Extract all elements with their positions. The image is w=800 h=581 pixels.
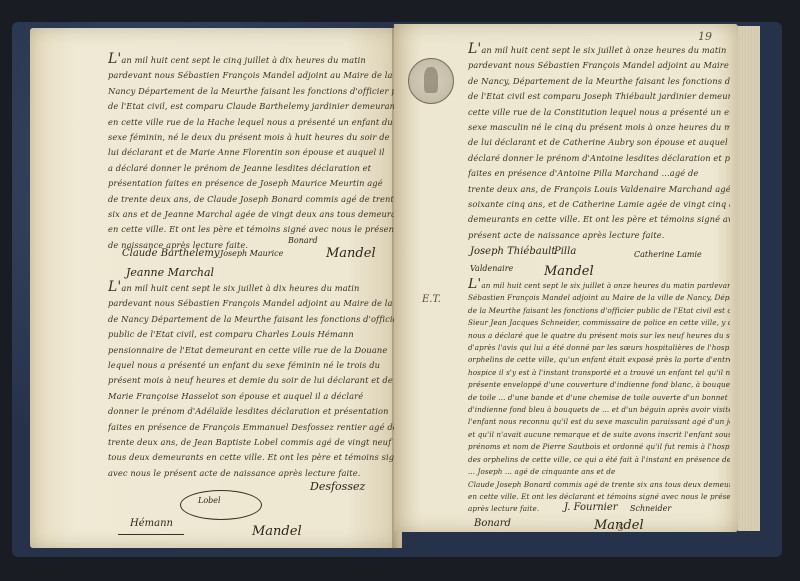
page-edges [738,26,760,531]
entry-line: de la Meurthe faisant les fonctions d'of… [468,305,730,317]
entry-line: et qu'il n'avait aucune remarque et de s… [468,429,730,441]
entry-line: Sébastien François Mandel adjoint au Mai… [468,292,730,304]
entry-line: trente deux ans, de Jean Baptiste Lobel … [108,435,398,450]
right-page: 19 L'an mil huit cent sept le six juille… [394,24,738,532]
entry-line: présent acte de naissance après lecture … [468,228,730,243]
entry-line: des orphelins de cette ville, ce qui a é… [468,454,730,466]
entry-line: nous a déclaré que le quatre du présent … [468,330,730,342]
entry-line: de toile ... d'une bande et d'une chemis… [468,392,730,404]
signature-father: Claude Barthelemy [122,248,219,259]
signature-underline [118,534,184,535]
entry-line: de l'Etat civil, est comparu Claude Bart… [108,99,398,114]
entry-line: pardevant nous Sébastien François Mandel… [468,58,730,73]
birth-entry-2: L'an mil huit cent sept le six juillet à… [108,280,398,481]
entry-line: faites en présence de François Emmanuel … [108,420,398,435]
entry-line: en cette ville. Et ont les père et témoi… [108,222,398,237]
signature-flourish-oval [180,490,262,520]
signature-witness: Catherine Lamie [634,250,702,259]
entry-line: a déclaré donner le prénom de Jeanne les… [108,161,398,176]
entry-line: Marie Françoise Hasselot son épouse et a… [108,389,398,404]
entry-line: de trente deux ans, de Claude Joseph Bon… [108,192,398,207]
entry-line: déclaré donner le prénom d'Antoine lesdi… [468,151,730,166]
entry-line: six ans et de Jeanne Marchal agée de vin… [108,207,398,222]
signature-father: Hémann [130,518,173,529]
signature-officer: Mandel [252,524,302,539]
signature-officer: Mandel [326,246,376,261]
entry-line: avec nous le présent acte de naissance a… [108,466,398,481]
entry-line: faites en présence d'Antoine Pilla March… [468,166,730,181]
signature-father: Joseph Thiébault [470,246,555,257]
entry-line: hospice il s'y est à l'instant transport… [468,367,730,379]
entry-line: Nancy Département de la Meurthe faisant … [108,84,398,99]
birth-entry-1: L'an mil huit cent sept le cinq juillet … [108,52,398,253]
entry-line: d'indienne fond bleu à bouquets de ... e… [468,404,730,416]
entry-line: l'enfant nous reconnu qu'il est du sexe … [468,416,730,428]
entry-line: de lui déclarant et de Catherine Aubry s… [468,135,730,150]
entry-line: Sieur Jean Jacques Schneider, commissair… [468,317,730,329]
signature-witness: Schneider [630,504,671,513]
entry-line: sexe masculin né le cinq du présent mois… [468,120,730,135]
entry-line: Claude Joseph Bonard commis agé de trent… [468,479,730,491]
entry-line: L'an mil huit cent sept le cinq juillet … [108,52,398,68]
entry-line: présent mois à neuf heures et demie du s… [108,373,398,388]
entry-line: lui déclarant et de Marie Anne Florentin… [108,145,398,160]
entry-line: d'après l'avis qui lui a été donné par l… [468,342,730,354]
signature-witness: Jeanne Marchal [126,266,214,279]
entry-line: présente enveloppé d'une couverture d'in… [468,379,730,391]
signature-witness: Valdenaire [470,264,513,273]
entry-line: prénoms et nom de Pierre Sautbois et ord… [468,441,730,453]
signature-officer: Mandel [544,264,594,279]
entry-line: donner le prénom d'Adélaïde lesdites déc… [108,404,398,419]
official-stamp-seal-icon [408,58,454,104]
entry-line: pensionnaire de l'Etat demeurant en cett… [108,343,398,358]
left-page: L'an mil huit cent sept le cinq juillet … [30,28,402,548]
entry-line: en cette ville rue de la Hache lequel no… [108,115,398,130]
entry-line: lequel nous a présenté un enfant du sexe… [108,358,398,373]
page-mark: 5 [618,524,624,534]
entry-line: L'an mil huit cent sept le six juillet à… [468,278,730,292]
entry-line: sexe féminin, né le deux du présent mois… [108,130,398,145]
entry-line: de l'Etat civil est comparu Joseph Thiéb… [468,89,730,104]
signature-witness: Bonard [288,236,318,245]
entry-line: L'an mil huit cent sept le six juillet à… [468,42,730,58]
margin-annotation: E.T. [422,294,441,305]
entry-line: L'an mil huit cent sept le six juillet à… [108,280,398,296]
entry-line: ... Joseph ... agé de cinquante ans et d… [468,466,730,478]
signature-witness: Desfossez [310,480,365,493]
entry-line: orphelins de cette ville, qu'un enfant é… [468,354,730,366]
entry-line: pardevant nous Sébastien François Mandel… [108,68,398,83]
signature-witness: Lobel [198,496,221,505]
entry-line: présentation faites en présence de Josep… [108,176,398,191]
entry-line: trente deux ans, de François Louis Valde… [468,182,730,197]
entry-line: tous deux demeurants en cette ville. Et … [108,450,398,465]
entry-line: de Nancy Département de la Meurthe faisa… [108,312,398,327]
entry-line: de Nancy, Département de la Meurthe fais… [468,74,730,89]
signature-declarant: J. Fournier [564,502,618,513]
entry-line: pardevant nous Sébastien François Mandel… [108,296,398,311]
foundling-entry: L'an mil huit cent sept le six juillet à… [468,278,730,516]
birth-entry-3: L'an mil huit cent sept le six juillet à… [468,42,730,243]
signature-witness: Pilla [554,246,576,257]
entry-line: public de l'Etat civil, est comparu Char… [108,327,398,342]
signature-witness: Joseph Maurice [220,249,283,258]
signature-witness: Bonard [474,518,511,529]
entry-line: demeurants en cette ville. Et ont les pè… [468,212,730,227]
entry-line: soixante cinq ans, et de Catherine Lamie… [468,197,730,212]
entry-line: cette ville rue de la Constitution leque… [468,105,730,120]
